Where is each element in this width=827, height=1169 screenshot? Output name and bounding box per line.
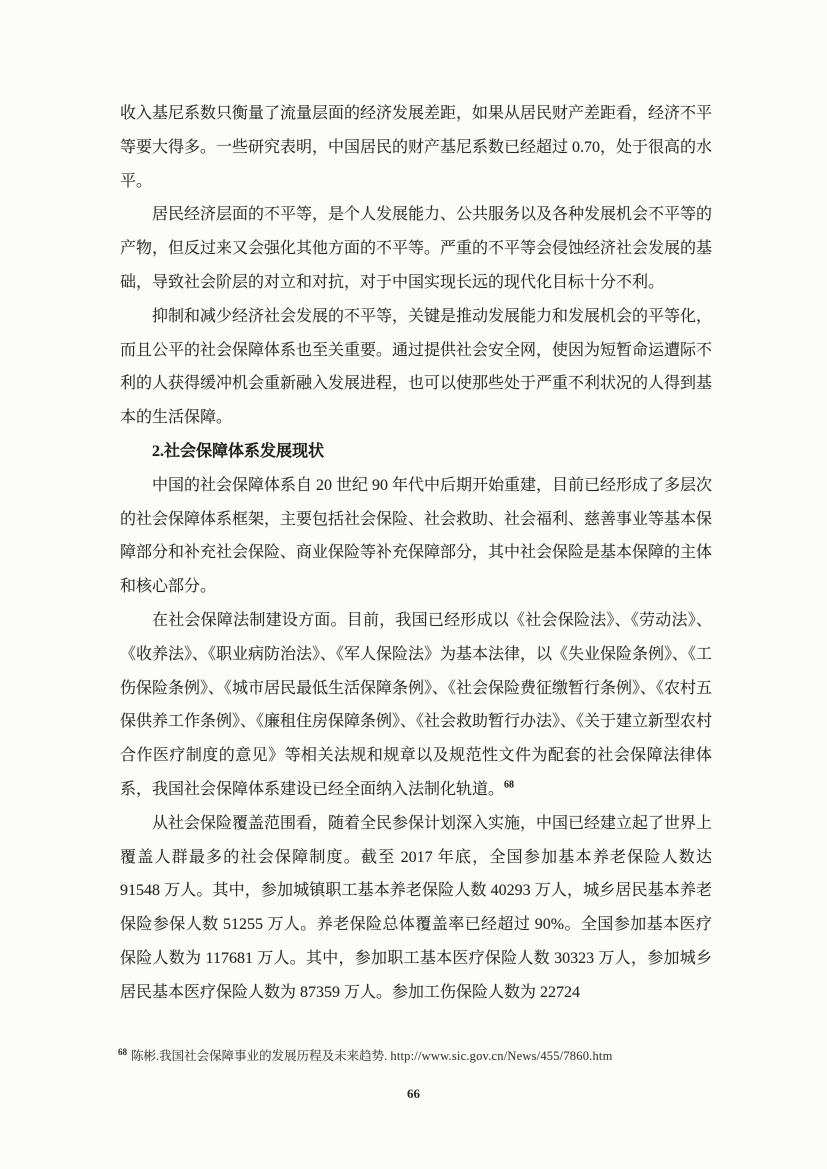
section-heading: 2.社会保障体系发展现状 [120,435,712,469]
footnote-url: http://www.sic.gov.cn/News/455/7860.htm [390,1049,612,1063]
footnote-reference: 68 [504,780,514,791]
footnote-citation: 陈彬.我国社会保障事业的发展历程及未来趋势. [131,1049,387,1063]
paragraph-text: 在社会保障法制建设方面。目前，我国已经形成以《社会保险法》、《劳动法》、《收养法… [120,612,712,798]
body-paragraph: 收入基尼系数只衡量了流量层面的经济发展差距，如果从居民财产差距看，经济不平等要大… [120,97,712,198]
page-number: 66 [0,1086,827,1102]
body-paragraph: 居民经济层面的不平等，是个人发展能力、公共服务以及各种发展机会不平等的产物，但反… [120,198,712,299]
body-text-block: 收入基尼系数只衡量了流量层面的经济发展差距，如果从居民财产差距看，经济不平等要大… [120,97,712,1010]
body-paragraph: 中国的社会保障体系自 20 世纪 90 年代中后期开始重建，目前已经形成了多层次… [120,469,712,604]
footnote: 68陈彬.我国社会保障事业的发展历程及未来趋势. http://www.sic.… [118,1042,718,1066]
document-page: 收入基尼系数只衡量了流量层面的经济发展差距，如果从居民财产差距看，经济不平等要大… [0,0,827,1169]
body-paragraph: 抑制和减少经济社会发展的不平等，关键是推动发展能力和发展机会的平等化，而且公平的… [120,300,712,435]
footnote-marker: 68 [118,1047,127,1057]
body-paragraph: 在社会保障法制建设方面。目前，我国已经形成以《社会保险法》、《劳动法》、《收养法… [120,604,712,807]
body-paragraph: 从社会保险覆盖范围看，随着全民参保计划深入实施，中国已经建立起了世界上覆盖人群最… [120,807,712,1010]
